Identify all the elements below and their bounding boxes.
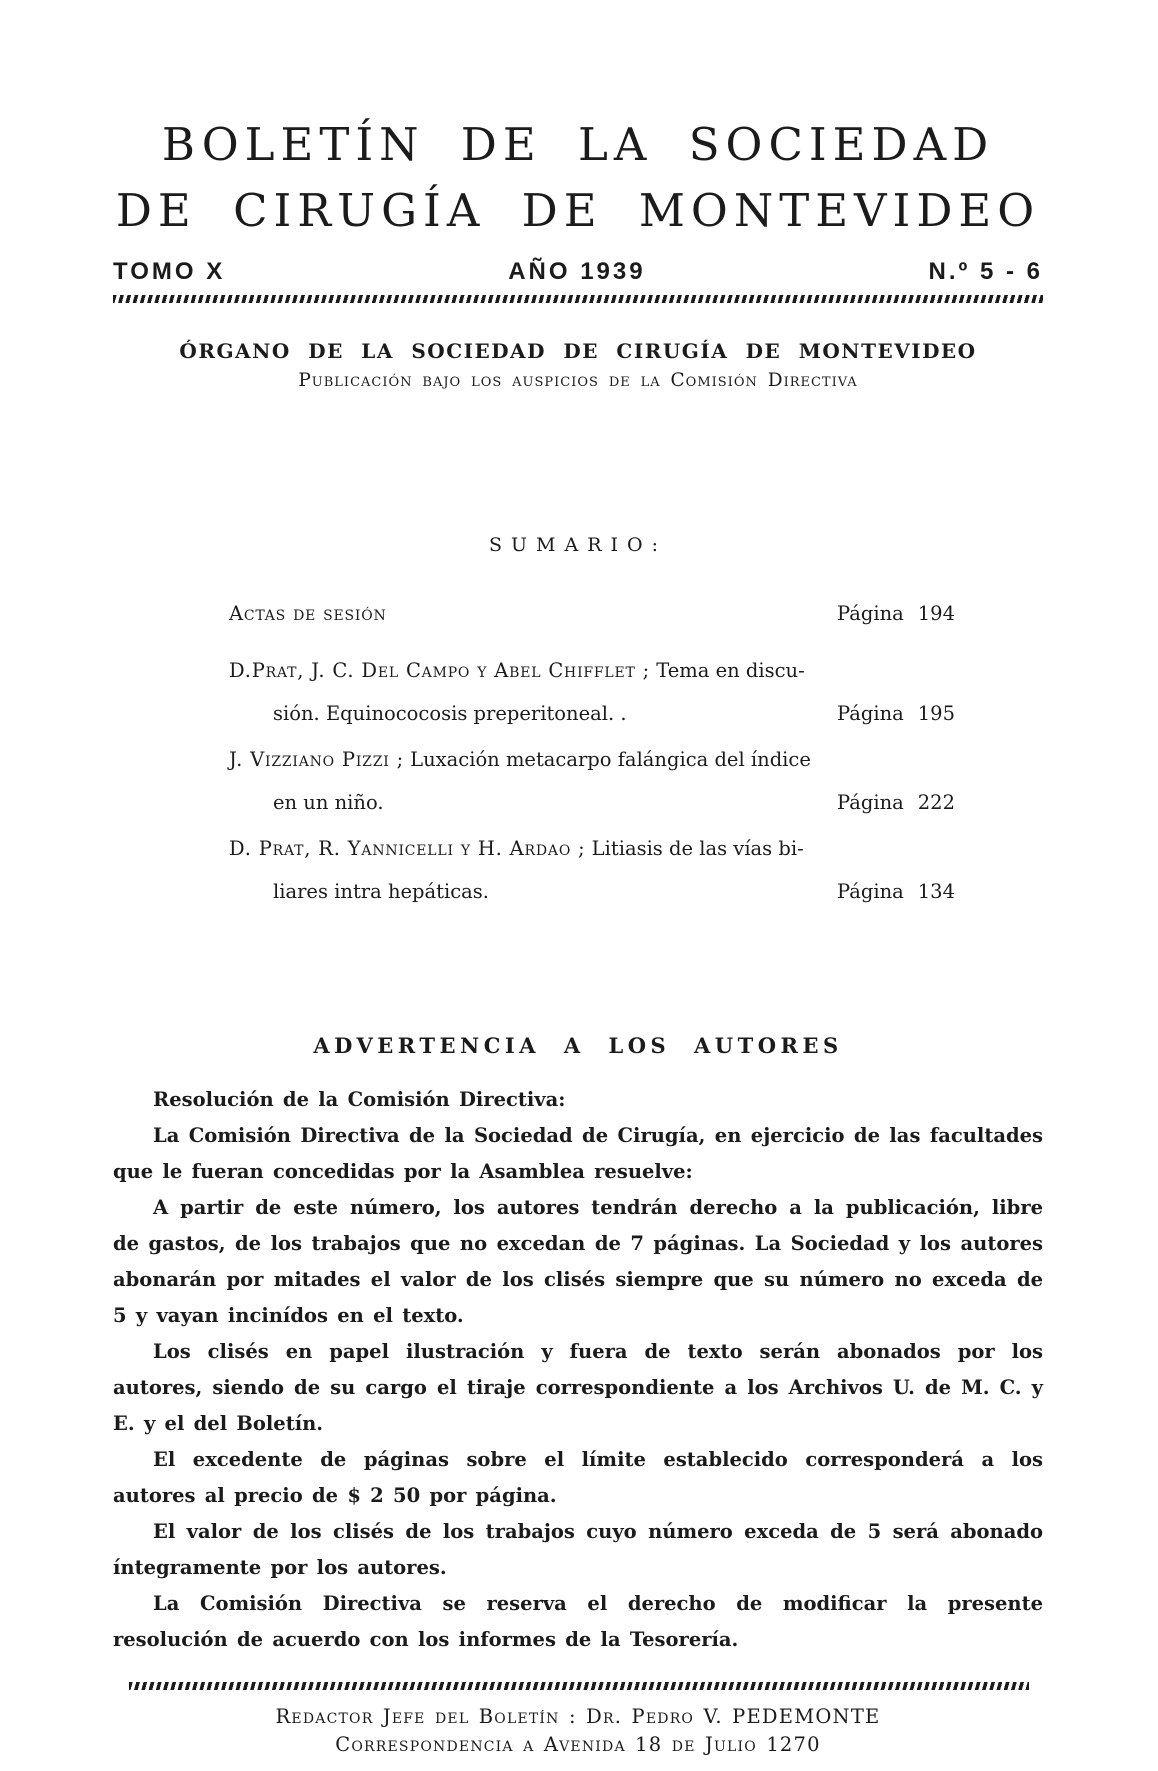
toc-entry-page: Página195 [837, 700, 955, 727]
toc-entry: D. Prat, R. Yannicelli y H. Ardao ; Liti… [229, 835, 955, 905]
toc-entry-page: Página134 [837, 878, 955, 905]
toc-page-label: Página [837, 602, 904, 625]
organo-line: ÓRGANO DE LA SOCIEDAD DE CIRUGÍA DE MONT… [113, 339, 1043, 363]
toc-page-number: 195 [918, 702, 955, 725]
ano-label: AÑO 1939 [508, 258, 645, 286]
wavy-divider-bottom [129, 1682, 1029, 1690]
masthead-info-row: TOMO X AÑO 1939 N.º 5 - 6 [113, 258, 1043, 286]
toc-entry: D.Prat, J. C. Del Campo y Abel Chifflet … [229, 657, 955, 727]
advertencia-paragraph: El excedente de páginas sobre el límite … [113, 1442, 1043, 1514]
footer-editor-line: Redactor Jefe del Boletín : Dr. Pedro V.… [113, 1705, 1043, 1728]
toc-entry-text: J. Vizziano Pizzi ; Luxación metacarpo f… [229, 746, 811, 773]
toc-entry: J. Vizziano Pizzi ; Luxación metacarpo f… [229, 746, 955, 816]
tomo-label: TOMO X [113, 258, 225, 286]
auspicios-line: Publicación bajo los auspicios de la Com… [113, 370, 1043, 391]
toc-entry-text: D. Prat, R. Yannicelli y H. Ardao ; Liti… [229, 835, 804, 862]
toc-entry-continuation: liares intra hepáticas. [273, 878, 489, 905]
toc-entry-authors: D.Prat, J. C. Del Campo y Abel Chifflet … [229, 659, 650, 682]
advertencia-body: Resolución de la Comisión Directiva: La … [113, 1082, 1043, 1658]
toc-page-number: 222 [918, 791, 955, 814]
toc-entry: Actas de sesión Página194 [229, 600, 955, 627]
table-of-contents: Actas de sesión Página194 D.Prat, J. C. … [229, 600, 955, 905]
toc-entry-authors: D. Prat, R. Yannicelli y H. Ardao ; [229, 837, 585, 860]
toc-entry-title: Luxación metacarpo falángica del índice [404, 748, 811, 771]
toc-page-label: Página [837, 702, 904, 725]
footer-address-line: Correspondencia a Avenida 18 de Julio 12… [113, 1733, 1043, 1756]
footer: Redactor Jefe del Boletín : Dr. Pedro V.… [113, 1705, 1043, 1756]
toc-entry-text: D.Prat, J. C. Del Campo y Abel Chifflet … [229, 657, 805, 684]
toc-page-label: Página [837, 880, 904, 903]
advertencia-paragraph: La Comisión Directiva se reserva el dere… [113, 1586, 1043, 1658]
numero-label: N.º 5 - 6 [929, 258, 1043, 286]
toc-entry-authors: J. Vizziano Pizzi ; [229, 748, 404, 771]
advertencia-paragraph: El valor de los clisés de los trabajos c… [113, 1514, 1043, 1586]
toc-page-number: 194 [918, 602, 955, 625]
toc-entry-page: Página222 [837, 789, 955, 816]
advertencia-heading: ADVERTENCIA A LOS AUTORES [113, 1033, 1043, 1058]
journal-cover-page: BOLETÍN DE LA SOCIEDAD DE CIRUGÍA DE MON… [0, 112, 1158, 1756]
advertencia-paragraph: La Comisión Directiva de la Sociedad de … [113, 1118, 1043, 1190]
advertencia-paragraph: Resolución de la Comisión Directiva: [113, 1082, 1043, 1118]
journal-title-line-2: DE CIRUGÍA DE MONTEVIDEO [113, 178, 1043, 244]
toc-entry-authors: Actas de sesión [229, 600, 387, 627]
toc-page-label: Página [837, 791, 904, 814]
toc-entry-title: Litiasis de las vías bi- [585, 837, 803, 860]
toc-entry-continuation: sión. Equinococosis preperitoneal. . [273, 700, 627, 727]
journal-title: BOLETÍN DE LA SOCIEDAD DE CIRUGÍA DE MON… [113, 112, 1043, 244]
sumario-heading: SUMARIO: [113, 534, 1043, 556]
wavy-divider-top [113, 295, 1043, 303]
advertencia-paragraph: Los clisés en papel ilustración y fuera … [113, 1334, 1043, 1442]
toc-entry-page: Página194 [837, 600, 955, 627]
toc-page-number: 134 [918, 880, 955, 903]
toc-entry-continuation: en un niño. [273, 789, 384, 816]
advertencia-paragraph: A partir de este número, los autores ten… [113, 1190, 1043, 1334]
toc-entry-title: Tema en discu- [650, 659, 805, 682]
journal-title-line-1: BOLETÍN DE LA SOCIEDAD [113, 112, 1043, 178]
